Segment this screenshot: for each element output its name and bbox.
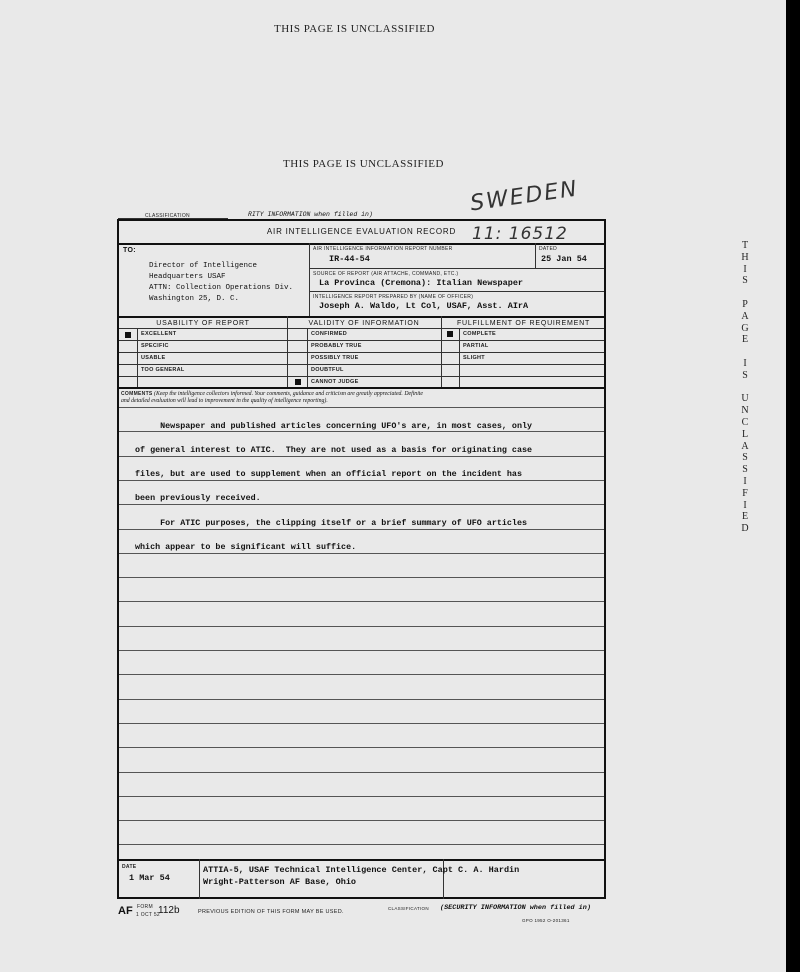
usability-option: EXCELLENT xyxy=(141,331,176,337)
vertical-stamp-letter: A xyxy=(738,441,752,453)
previous-edition-note: PREVIOUS EDITION OF THIS FORM MAY BE USE… xyxy=(198,909,344,915)
divider xyxy=(199,859,200,899)
to-label: TO: xyxy=(123,247,136,254)
divider xyxy=(119,352,604,353)
gpo-imprint: GPO 1952 O-201361 xyxy=(522,918,570,923)
ruled-line xyxy=(119,553,604,554)
from-line-1: ATTIA-5, USAF Technical Intelligence Cen… xyxy=(203,865,519,875)
source-label: SOURCE OF REPORT (Air Attache, Command, … xyxy=(313,271,458,277)
fulfillment-option: PARTIAL xyxy=(463,343,489,349)
unclassified-stamp-inner: THIS PAGE IS UNCLASSIFIED xyxy=(283,158,444,170)
fulfillment-title: FULFILLMENT OF REQUIREMENT xyxy=(441,320,606,327)
comment-line: of general interest to ATIC. They are no… xyxy=(135,445,532,455)
dated-label: DATED xyxy=(539,246,557,252)
vertical-stamp-letter: U xyxy=(738,393,752,405)
vertical-stamp-letter: I xyxy=(738,358,752,370)
validity-option: PROBABLY TRUE xyxy=(311,343,362,349)
usability-option: TOO GENERAL xyxy=(141,367,185,373)
divider xyxy=(119,340,604,341)
divider xyxy=(309,268,604,269)
fulfillment-option: COMPLETE xyxy=(463,331,496,337)
vertical-stamp-letter xyxy=(738,346,752,358)
vertical-stamp-letter: S xyxy=(738,275,752,287)
validity-option: CANNOT JUDGE xyxy=(311,379,359,385)
divider xyxy=(119,243,604,245)
vertical-stamp-letter: I xyxy=(738,264,752,276)
vertical-stamp-letter: E xyxy=(738,511,752,523)
validity-option: CONFIRMED xyxy=(311,331,347,337)
vertical-stamp-letter: S xyxy=(738,452,752,464)
ruled-line xyxy=(119,723,604,724)
date-label: DATE xyxy=(122,864,136,870)
ruled-line xyxy=(119,504,604,505)
divider xyxy=(119,316,604,318)
ruled-line xyxy=(119,650,604,651)
vertical-stamp-letter: I xyxy=(738,476,752,488)
comment-line: Newspaper and published articles concern… xyxy=(135,421,532,431)
security-info-bottom: (SECURITY INFORMATION when filled in) xyxy=(440,904,591,912)
ruled-line xyxy=(119,674,604,675)
scanned-page: THIS PAGE IS UNCLASSIFIED THIS PAGE IS U… xyxy=(0,0,786,972)
comments-instructions: COMMENTS (Keep the intelligence collecto… xyxy=(121,391,605,405)
form-date: 1 OCT 52 xyxy=(136,912,160,918)
to-line: Headquarters USAF xyxy=(149,272,293,283)
divider xyxy=(535,243,536,268)
validity-option: DOUBTFUL xyxy=(311,367,344,373)
vertical-stamp-letter: P xyxy=(738,299,752,311)
divider xyxy=(459,328,460,387)
divider xyxy=(309,243,310,316)
fulfillment-checkbox-complete[interactable] xyxy=(447,331,453,337)
source-value: La Provinca (Cremona): Italian Newspaper xyxy=(319,278,523,288)
report-number-value: IR-44-54 xyxy=(329,254,370,264)
comment-line: which appear to be significant will suff… xyxy=(135,542,356,552)
ruled-line xyxy=(119,601,604,602)
ruled-line xyxy=(119,844,604,845)
vertical-stamp-letter xyxy=(738,382,752,394)
unclassified-stamp-vertical: THIS PAGE IS UNCLASSIFIED xyxy=(738,240,752,535)
to-line: ATTN: Collection Operations Div. xyxy=(149,283,293,294)
vertical-stamp-letter xyxy=(738,287,752,299)
comments-label: COMMENTS xyxy=(121,391,153,397)
comments-instruction-1: (Keep the intelligence collectors inform… xyxy=(154,391,423,397)
validity-option: POSSIBLY TRUE xyxy=(311,355,359,361)
usability-title: USABILITY OF REPORT xyxy=(119,320,287,327)
from-line-2: Wright-Patterson AF Base, Ohio xyxy=(203,877,356,887)
prepared-by-label: INTELLIGENCE REPORT PREPARED BY (Name of… xyxy=(313,294,473,300)
vertical-stamp-letter: G xyxy=(738,323,752,335)
vertical-stamp-letter: T xyxy=(738,240,752,252)
fulfillment-option: SLIGHT xyxy=(463,355,485,361)
to-address: Director of Intelligence Headquarters US… xyxy=(149,261,293,305)
to-line: Director of Intelligence xyxy=(149,261,293,272)
divider xyxy=(119,859,604,861)
ruled-line xyxy=(119,480,604,481)
vertical-stamp-letter: D xyxy=(738,523,752,535)
vertical-stamp-letter: I xyxy=(738,500,752,512)
ruled-line xyxy=(119,626,604,627)
form-title: AIR INTELLIGENCE EVALUATION RECORD xyxy=(119,227,604,236)
date-value: 1 Mar 54 xyxy=(129,873,170,883)
vertical-stamp-letter: C xyxy=(738,417,752,429)
ruled-line xyxy=(119,577,604,578)
ruled-line xyxy=(119,772,604,773)
validity-title: VALIDITY OF INFORMATION xyxy=(287,320,441,327)
comment-line: For ATIC purposes, the clipping itself o… xyxy=(135,518,527,528)
ruled-line xyxy=(119,820,604,821)
vertical-stamp-letter: A xyxy=(738,311,752,323)
form-label: FORM xyxy=(137,904,153,910)
divider xyxy=(119,364,604,365)
divider xyxy=(119,376,604,377)
usability-option: USABLE xyxy=(141,355,165,361)
security-info-top: RITY INFORMATION when filled in) xyxy=(248,211,373,218)
report-number-label: AIR INTELLIGENCE INFORMATION REPORT NUMB… xyxy=(313,246,453,252)
vertical-stamp-letter: F xyxy=(738,488,752,500)
usability-option: SPECIFIC xyxy=(141,343,169,349)
to-line: Washington 25, D. C. xyxy=(149,294,293,305)
comment-line: files, but are used to supplement when a… xyxy=(135,469,522,479)
ruled-line xyxy=(119,431,604,432)
dated-value: 25 Jan 54 xyxy=(541,254,587,264)
vertical-stamp-letter: H xyxy=(738,252,752,264)
ruled-line xyxy=(119,699,604,700)
comment-line: been previously received. xyxy=(135,493,261,503)
divider xyxy=(309,291,604,292)
validity-checkbox-cannot-judge[interactable] xyxy=(295,379,301,385)
unclassified-stamp-top: THIS PAGE IS UNCLASSIFIED xyxy=(274,23,435,35)
divider xyxy=(307,328,308,387)
vertical-stamp-letter: S xyxy=(738,464,752,476)
ruled-line xyxy=(119,529,604,530)
comments-instruction-2: and detailed evaluation will lead to imp… xyxy=(121,398,328,404)
vertical-stamp-letter: N xyxy=(738,405,752,417)
divider xyxy=(137,328,138,387)
ruled-line xyxy=(119,796,604,797)
classification-label-bottom: CLASSIFICATION xyxy=(388,906,429,911)
vertical-stamp-letter: E xyxy=(738,334,752,346)
ruled-line xyxy=(119,407,604,408)
af-label: AF xyxy=(118,905,133,917)
evaluation-form: AIR INTELLIGENCE EVALUATION RECORD TO: D… xyxy=(117,219,606,899)
prepared-by-value: Joseph A. Waldo, Lt Col, USAF, Asst. AIr… xyxy=(319,301,528,311)
usability-checkbox-excellent[interactable] xyxy=(125,332,131,338)
divider xyxy=(119,387,604,389)
vertical-stamp-letter: L xyxy=(738,429,752,441)
handwritten-country: SWEDEN xyxy=(469,177,580,217)
vertical-stamp-letter: S xyxy=(738,370,752,382)
ruled-line xyxy=(119,456,604,457)
divider xyxy=(119,328,604,329)
ruled-line xyxy=(119,747,604,748)
form-number: 112b xyxy=(158,905,180,916)
